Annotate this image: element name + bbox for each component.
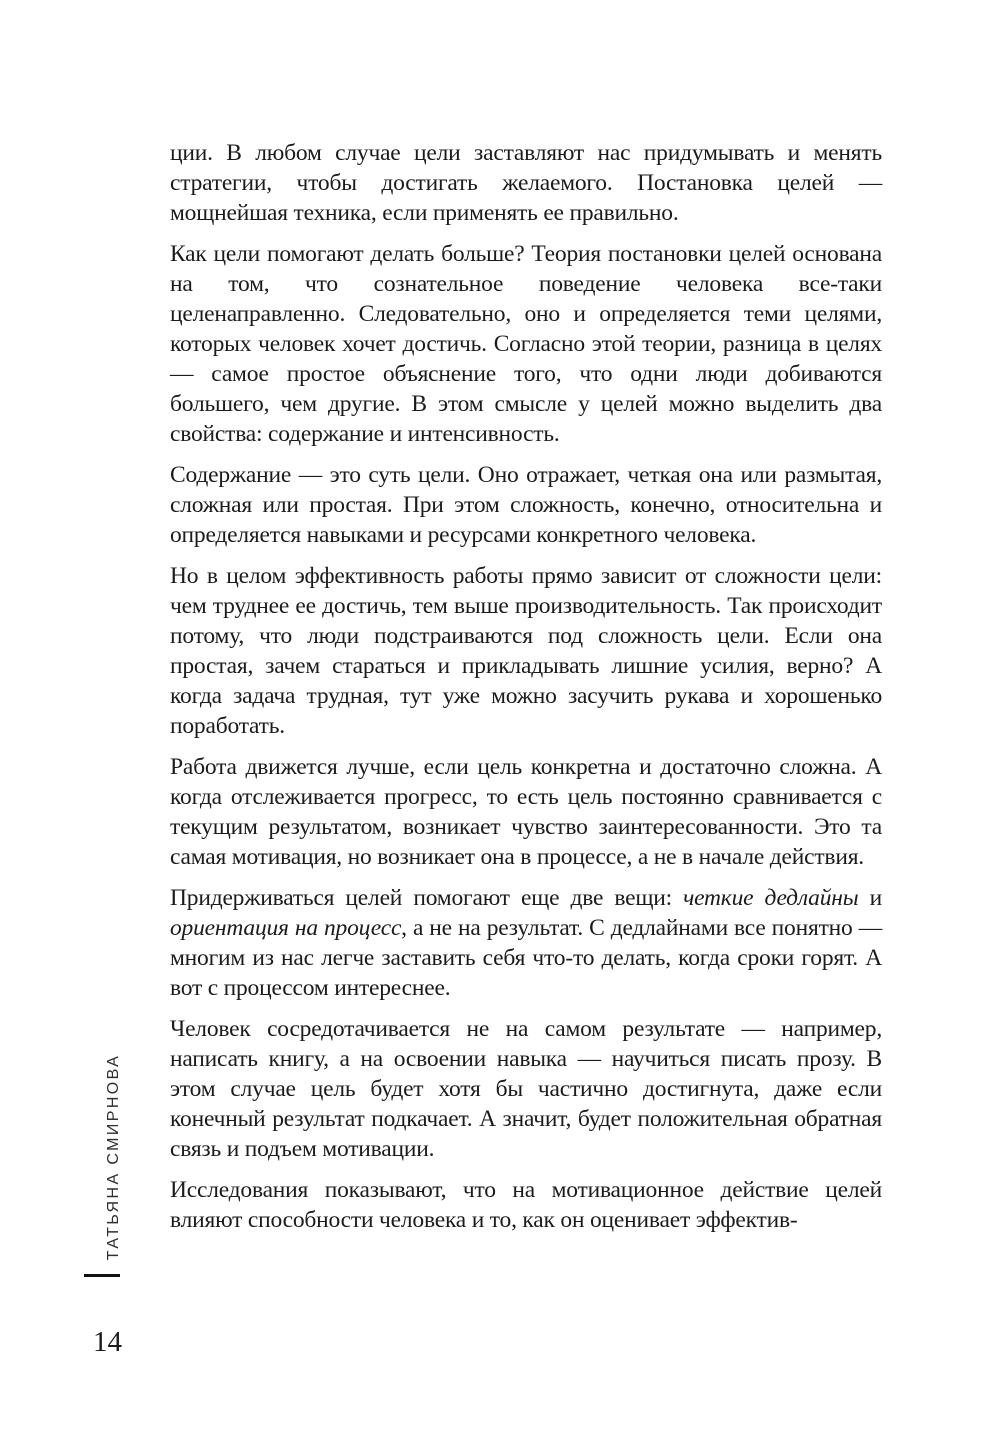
text-run: ции. В любом случае цели заставляют нас …: [170, 140, 882, 226]
text-run: Содержание — это суть цели. Оно отражает…: [170, 462, 882, 548]
footer-rule: [84, 1274, 120, 1277]
text-run: и: [858, 885, 882, 911]
paragraph: Исследования показывают, что на мотиваци…: [170, 1175, 882, 1235]
page-number: 14: [93, 1326, 122, 1359]
text-run: Как цели помогают делать больше? Теория …: [170, 241, 882, 447]
body-text: ции. В любом случае цели заставляют нас …: [170, 138, 882, 1246]
paragraph: ции. В любом случае цели заставляют нас …: [170, 138, 882, 228]
text-run-italic: четкие дедлайны: [683, 885, 858, 911]
text-run: Работа движется лучше, если цель конкрет…: [170, 754, 882, 870]
paragraph: Человек сосредотачивается не на самом ре…: [170, 1014, 882, 1164]
book-page: ТАТЬЯНА СМИРНОВА 14 ции. В любом случае …: [0, 0, 986, 1447]
paragraph: Но в целом эффективность работы прямо за…: [170, 561, 882, 741]
text-run: Но в целом эффективность работы прямо за…: [170, 563, 882, 739]
text-run-italic: ориентация на процесс: [170, 915, 401, 941]
paragraph: Придерживаться целей помогают еще две ве…: [170, 883, 882, 1003]
text-run: Придерживаться целей помогают еще две ве…: [170, 885, 683, 911]
sidebar-author-label: ТАТЬЯНА СМИРНОВА: [105, 1054, 123, 1261]
paragraph: Работа движется лучше, если цель конкрет…: [170, 752, 882, 872]
paragraph: Как цели помогают делать больше? Теория …: [170, 239, 882, 449]
paragraph: Содержание — это суть цели. Оно отражает…: [170, 460, 882, 550]
text-run: Исследования показывают, что на мотиваци…: [170, 1177, 882, 1233]
text-run: Человек сосредотачивается не на самом ре…: [170, 1016, 882, 1162]
